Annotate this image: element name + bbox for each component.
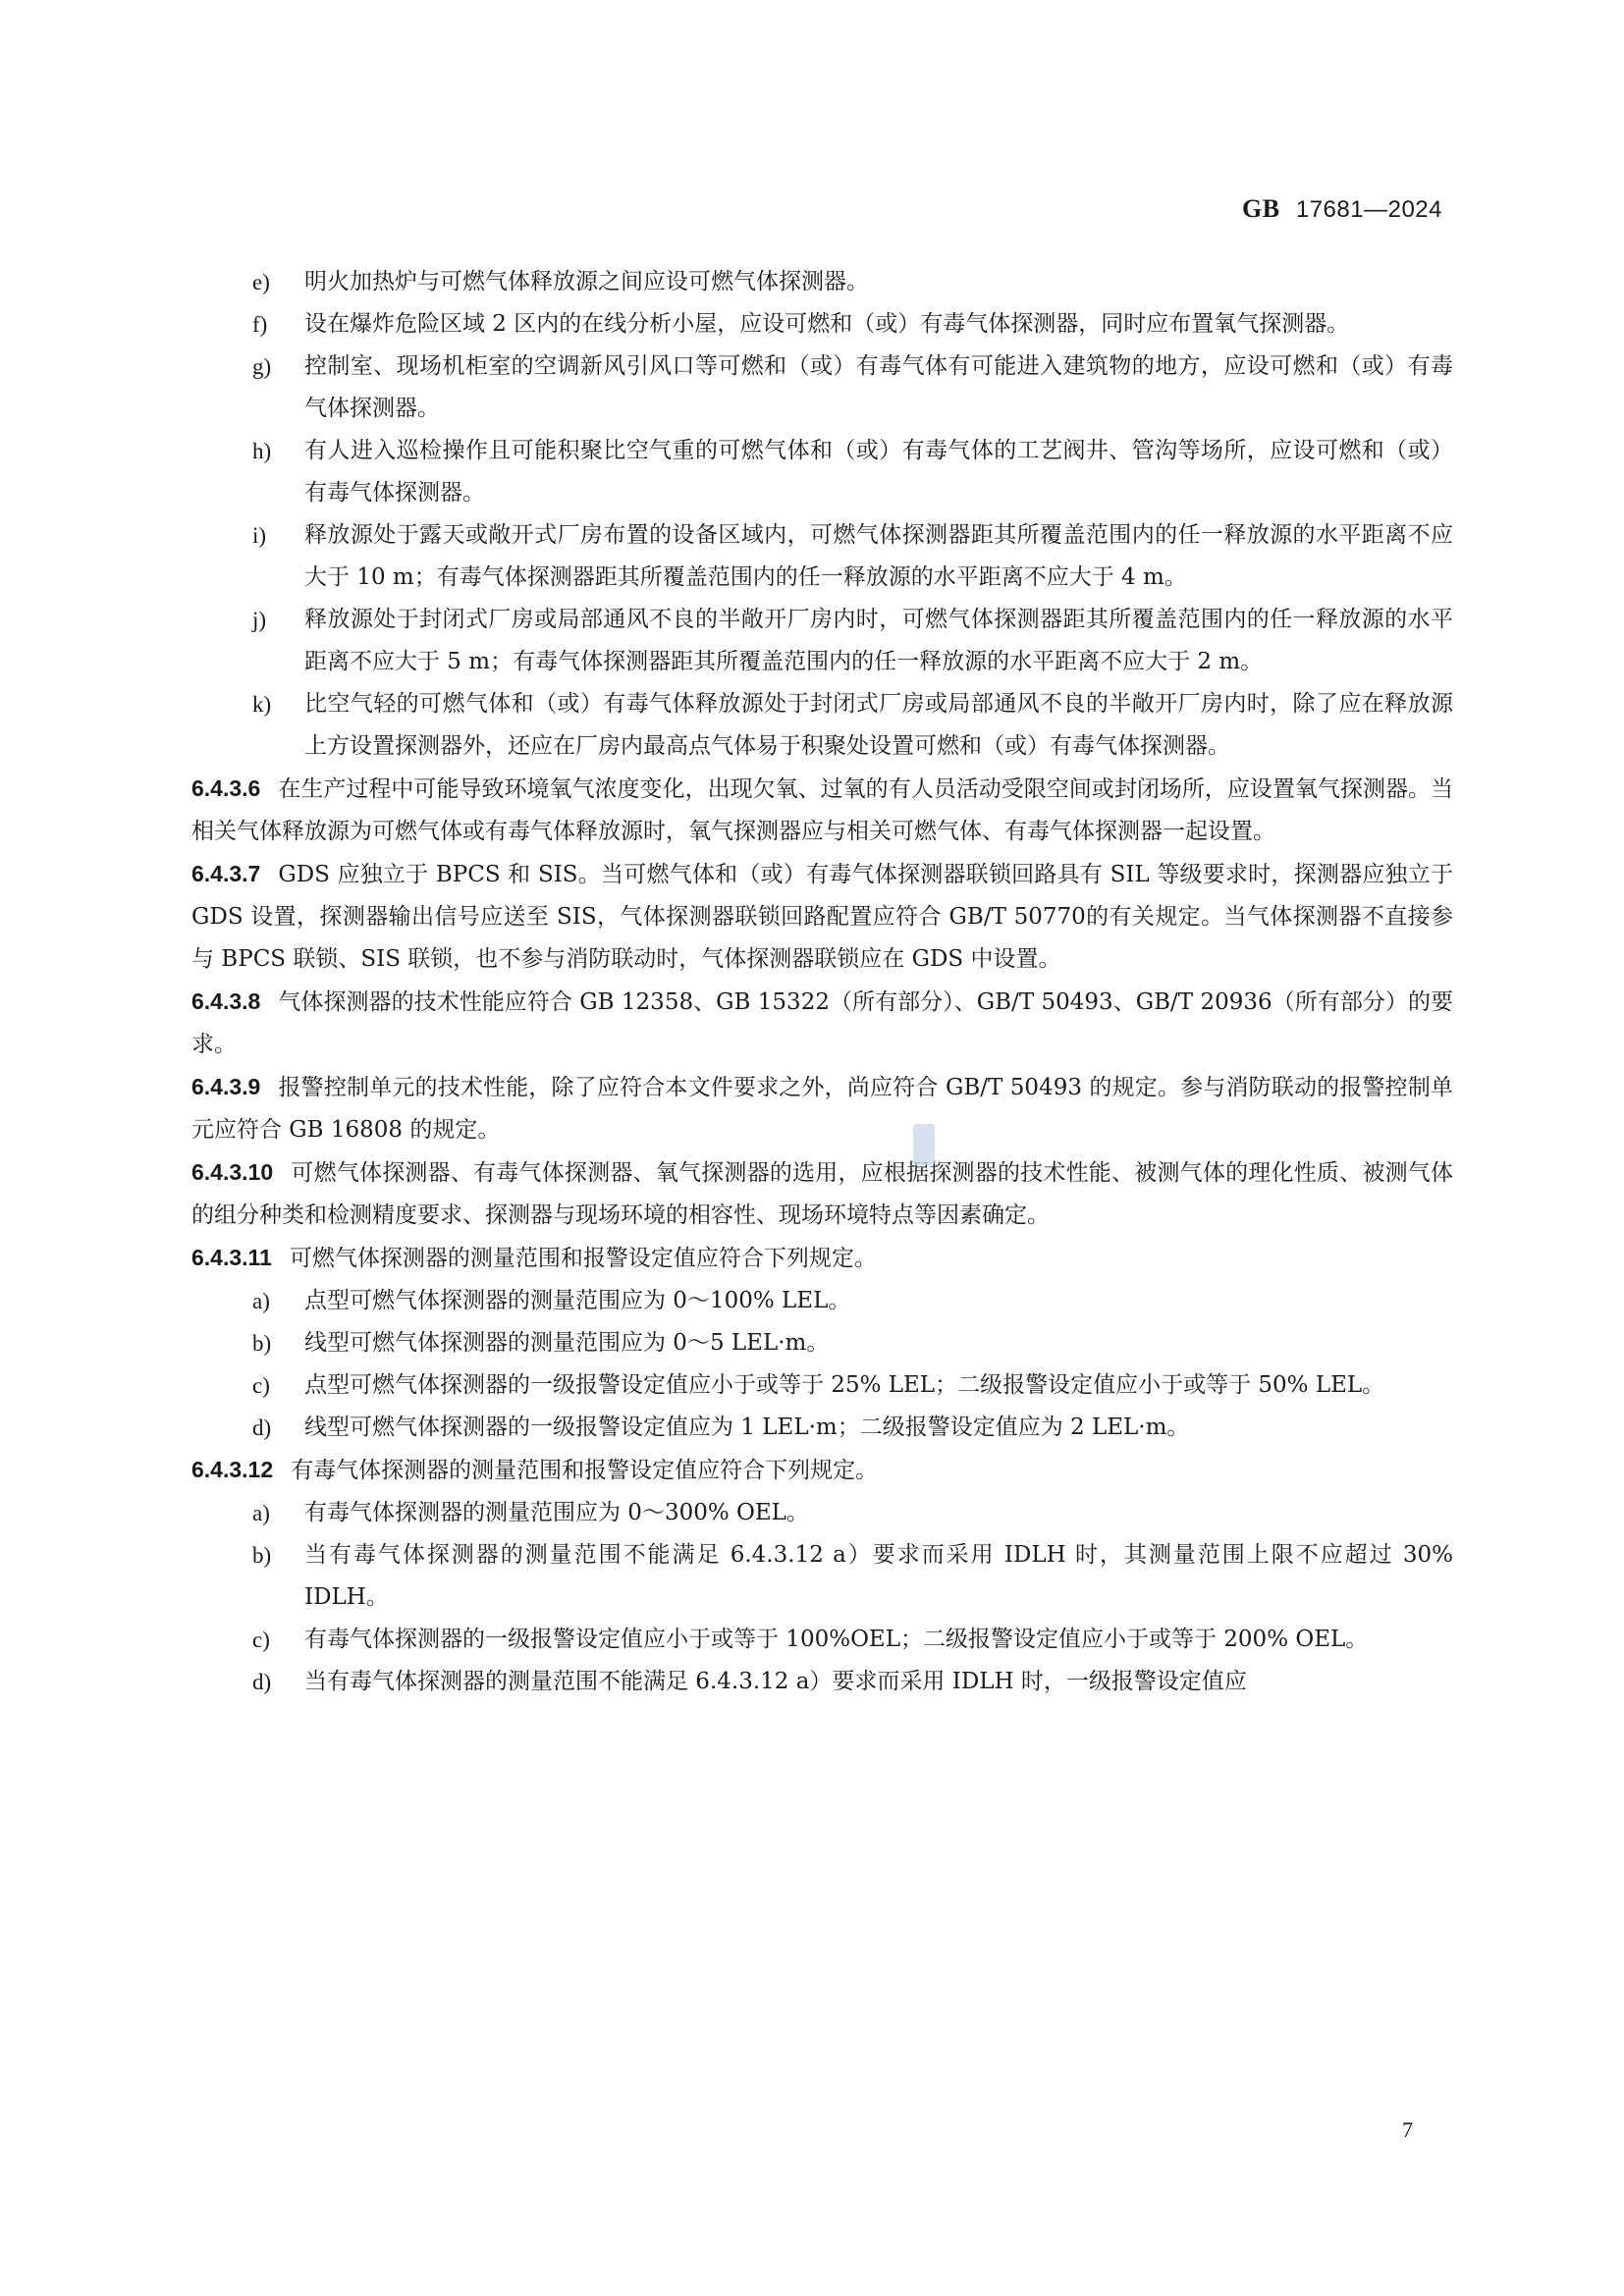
list-text: 有毒气体探测器的测量范围应为 0～300% OEL。 bbox=[304, 1500, 809, 1525]
list-text: 控制室、现场机柜室的空调新风引风口等可燃和（或）有毒气体有可能进入建筑物的地方，… bbox=[304, 353, 1453, 421]
clause-6-4-3-11: 6.4.3.11可燃气体探测器的测量范围和报警设定值应符合下列规定。 bbox=[191, 1237, 1453, 1280]
list-marker: c) bbox=[252, 1364, 270, 1407]
list-item: d)线型可燃气体探测器的一级报警设定值应为 1 LEL·m；二级报警设定值应为 … bbox=[191, 1407, 1453, 1449]
list-text: 当有毒气体探测器的测量范围不能满足 6.4.3.12 a）要求而采用 IDLH … bbox=[304, 1542, 1453, 1610]
list-text: 有毒气体探测器的一级报警设定值应小于或等于 100%OEL；二级报警设定值应小于… bbox=[304, 1627, 1368, 1652]
list-marker: j) bbox=[252, 599, 266, 641]
clause-6-4-3-7: 6.4.3.7GDS 应独立于 BPCS 和 SIS。当可燃气体和（或）有毒气体… bbox=[191, 853, 1453, 981]
clause-text: 可燃气体探测器的测量范围和报警设定值应符合下列规定。 bbox=[290, 1246, 877, 1271]
list-text: 设在爆炸危险区域 2 区内的在线分析小屋，应设可燃和（或）有毒气体探测器，同时应… bbox=[304, 311, 1349, 337]
clause-text: 在生产过程中可能导致环境氧气浓度变化，出现欠氧、过氧的有人员活动受限空间或封闭场… bbox=[191, 776, 1453, 844]
clause-text: 报警控制单元的技术性能，除了应符合本文件要求之外，尚应符合 GB/T 50493… bbox=[191, 1075, 1453, 1143]
clause-number: 6.4.3.8 bbox=[191, 988, 260, 1014]
page-number: 7 bbox=[1402, 2117, 1413, 2143]
list-text: 释放源处于露天或敞开式厂房布置的设备区域内，可燃气体探测器距其所覆盖范围内的任一… bbox=[304, 522, 1453, 590]
list-item: f)设在爆炸危险区域 2 区内的在线分析小屋，应设可燃和（或）有毒气体探测器，同… bbox=[191, 303, 1453, 346]
page-body: e)明火加热炉与可燃气体释放源之间应设可燃气体探测器。 f)设在爆炸危险区域 2… bbox=[191, 261, 1453, 1703]
list-item: a)有毒气体探测器的测量范围应为 0～300% OEL。 bbox=[191, 1492, 1453, 1534]
list-marker: b) bbox=[252, 1322, 271, 1364]
list-item: a)点型可燃气体探测器的测量范围应为 0～100% LEL。 bbox=[191, 1280, 1453, 1322]
clause-6-4-3-10: 6.4.3.10可燃气体探测器、有毒气体探测器、氧气探测器的选用，应根据探测器的… bbox=[191, 1151, 1453, 1237]
clause-text: 可燃气体探测器、有毒气体探测器、氧气探测器的选用，应根据探测器的技术性能、被测气… bbox=[191, 1160, 1453, 1228]
list-text: 有人进入巡检操作且可能积聚比空气重的可燃气体和（或）有毒气体的工艺阀井、管沟等场… bbox=[304, 438, 1453, 506]
clause-number: 6.4.3.12 bbox=[191, 1457, 273, 1482]
list-text: 线型可燃气体探测器的一级报警设定值应为 1 LEL·m；二级报警设定值应为 2 … bbox=[304, 1415, 1189, 1440]
clause-number: 6.4.3.11 bbox=[191, 1245, 272, 1270]
list-text: 比空气轻的可燃气体和（或）有毒气体释放源处于封闭式厂房或局部通风不良的半敞开厂房… bbox=[304, 691, 1453, 759]
list-marker: c) bbox=[252, 1619, 270, 1661]
standard-number: 17681—2024 bbox=[1296, 196, 1442, 223]
list-marker: a) bbox=[252, 1492, 270, 1534]
list-marker: i) bbox=[252, 514, 266, 557]
clause-number: 6.4.3.6 bbox=[191, 775, 260, 801]
clause-text: 气体探测器的技术性能应符合 GB 12358、GB 15322（所有部分）、GB… bbox=[191, 989, 1453, 1057]
list-item: c)点型可燃气体探测器的一级报警设定值应小于或等于 25% LEL；二级报警设定… bbox=[191, 1364, 1453, 1407]
list-item: b)线型可燃气体探测器的测量范围应为 0～5 LEL·m。 bbox=[191, 1322, 1453, 1364]
list-item: e)明火加热炉与可燃气体释放源之间应设可燃气体探测器。 bbox=[191, 261, 1453, 303]
list-item: h)有人进入巡检操作且可能积聚比空气重的可燃气体和（或）有毒气体的工艺阀井、管沟… bbox=[191, 430, 1453, 514]
list-marker: d) bbox=[252, 1661, 271, 1703]
clause-6-4-3-12: 6.4.3.12有毒气体探测器的测量范围和报警设定值应符合下列规定。 bbox=[191, 1449, 1453, 1492]
list-item: k)比空气轻的可燃气体和（或）有毒气体释放源处于封闭式厂房或局部通风不良的半敞开… bbox=[191, 683, 1453, 768]
list-item: c)有毒气体探测器的一级报警设定值应小于或等于 100%OEL；二级报警设定值应… bbox=[191, 1619, 1453, 1661]
document-header: GB 17681—2024 bbox=[1242, 194, 1442, 224]
clause-number: 6.4.3.10 bbox=[191, 1159, 273, 1185]
list-item: g)控制室、现场机柜室的空调新风引风口等可燃和（或）有毒气体有可能进入建筑物的地… bbox=[191, 346, 1453, 430]
list-text: 当有毒气体探测器的测量范围不能满足 6.4.3.12 a）要求而采用 IDLH … bbox=[304, 1669, 1247, 1694]
list-item: b)当有毒气体探测器的测量范围不能满足 6.4.3.12 a）要求而采用 IDL… bbox=[191, 1534, 1453, 1619]
list-marker: a) bbox=[252, 1280, 270, 1322]
clause-6-4-3-6: 6.4.3.6在生产过程中可能导致环境氧气浓度变化，出现欠氧、过氧的有人员活动受… bbox=[191, 768, 1453, 853]
clause-text: GDS 应独立于 BPCS 和 SIS。当可燃气体和（或）有毒气体探测器联锁回路… bbox=[191, 862, 1453, 972]
list-item: d)当有毒气体探测器的测量范围不能满足 6.4.3.12 a）要求而采用 IDL… bbox=[191, 1661, 1453, 1703]
clause-number: 6.4.3.7 bbox=[191, 861, 260, 886]
list-marker: e) bbox=[252, 261, 270, 303]
list-text: 释放源处于封闭式厂房或局部通风不良的半敞开厂房内时，可燃气体探测器距其所覆盖范围… bbox=[304, 607, 1453, 674]
clause-6-4-3-9: 6.4.3.9报警控制单元的技术性能，除了应符合本文件要求之外，尚应符合 GB/… bbox=[191, 1066, 1453, 1151]
list-marker: b) bbox=[252, 1534, 271, 1576]
list-text: 点型可燃气体探测器的一级报警设定值应小于或等于 25% LEL；二级报警设定值应… bbox=[304, 1372, 1384, 1398]
list-text: 点型可燃气体探测器的测量范围应为 0～100% LEL。 bbox=[304, 1288, 850, 1313]
list-text: 明火加热炉与可燃气体释放源之间应设可燃气体探测器。 bbox=[304, 269, 869, 294]
list-item: i)释放源处于露天或敞开式厂房布置的设备区域内，可燃气体探测器距其所覆盖范围内的… bbox=[191, 514, 1453, 599]
clause-number: 6.4.3.9 bbox=[191, 1074, 260, 1099]
watermark-logo bbox=[913, 1124, 935, 1165]
list-text: 线型可燃气体探测器的测量范围应为 0～5 LEL·m。 bbox=[304, 1330, 829, 1356]
list-marker: g) bbox=[252, 346, 271, 388]
list-marker: d) bbox=[252, 1407, 271, 1449]
clause-text: 有毒气体探测器的测量范围和报警设定值应符合下列规定。 bbox=[291, 1458, 878, 1483]
clause-6-4-3-8: 6.4.3.8气体探测器的技术性能应符合 GB 12358、GB 15322（所… bbox=[191, 981, 1453, 1066]
list-marker: h) bbox=[252, 430, 271, 472]
standard-prefix: GB bbox=[1242, 194, 1280, 223]
list-item: j)释放源处于封闭式厂房或局部通风不良的半敞开厂房内时，可燃气体探测器距其所覆盖… bbox=[191, 599, 1453, 683]
list-marker: k) bbox=[252, 683, 271, 725]
list-marker: f) bbox=[252, 303, 267, 346]
